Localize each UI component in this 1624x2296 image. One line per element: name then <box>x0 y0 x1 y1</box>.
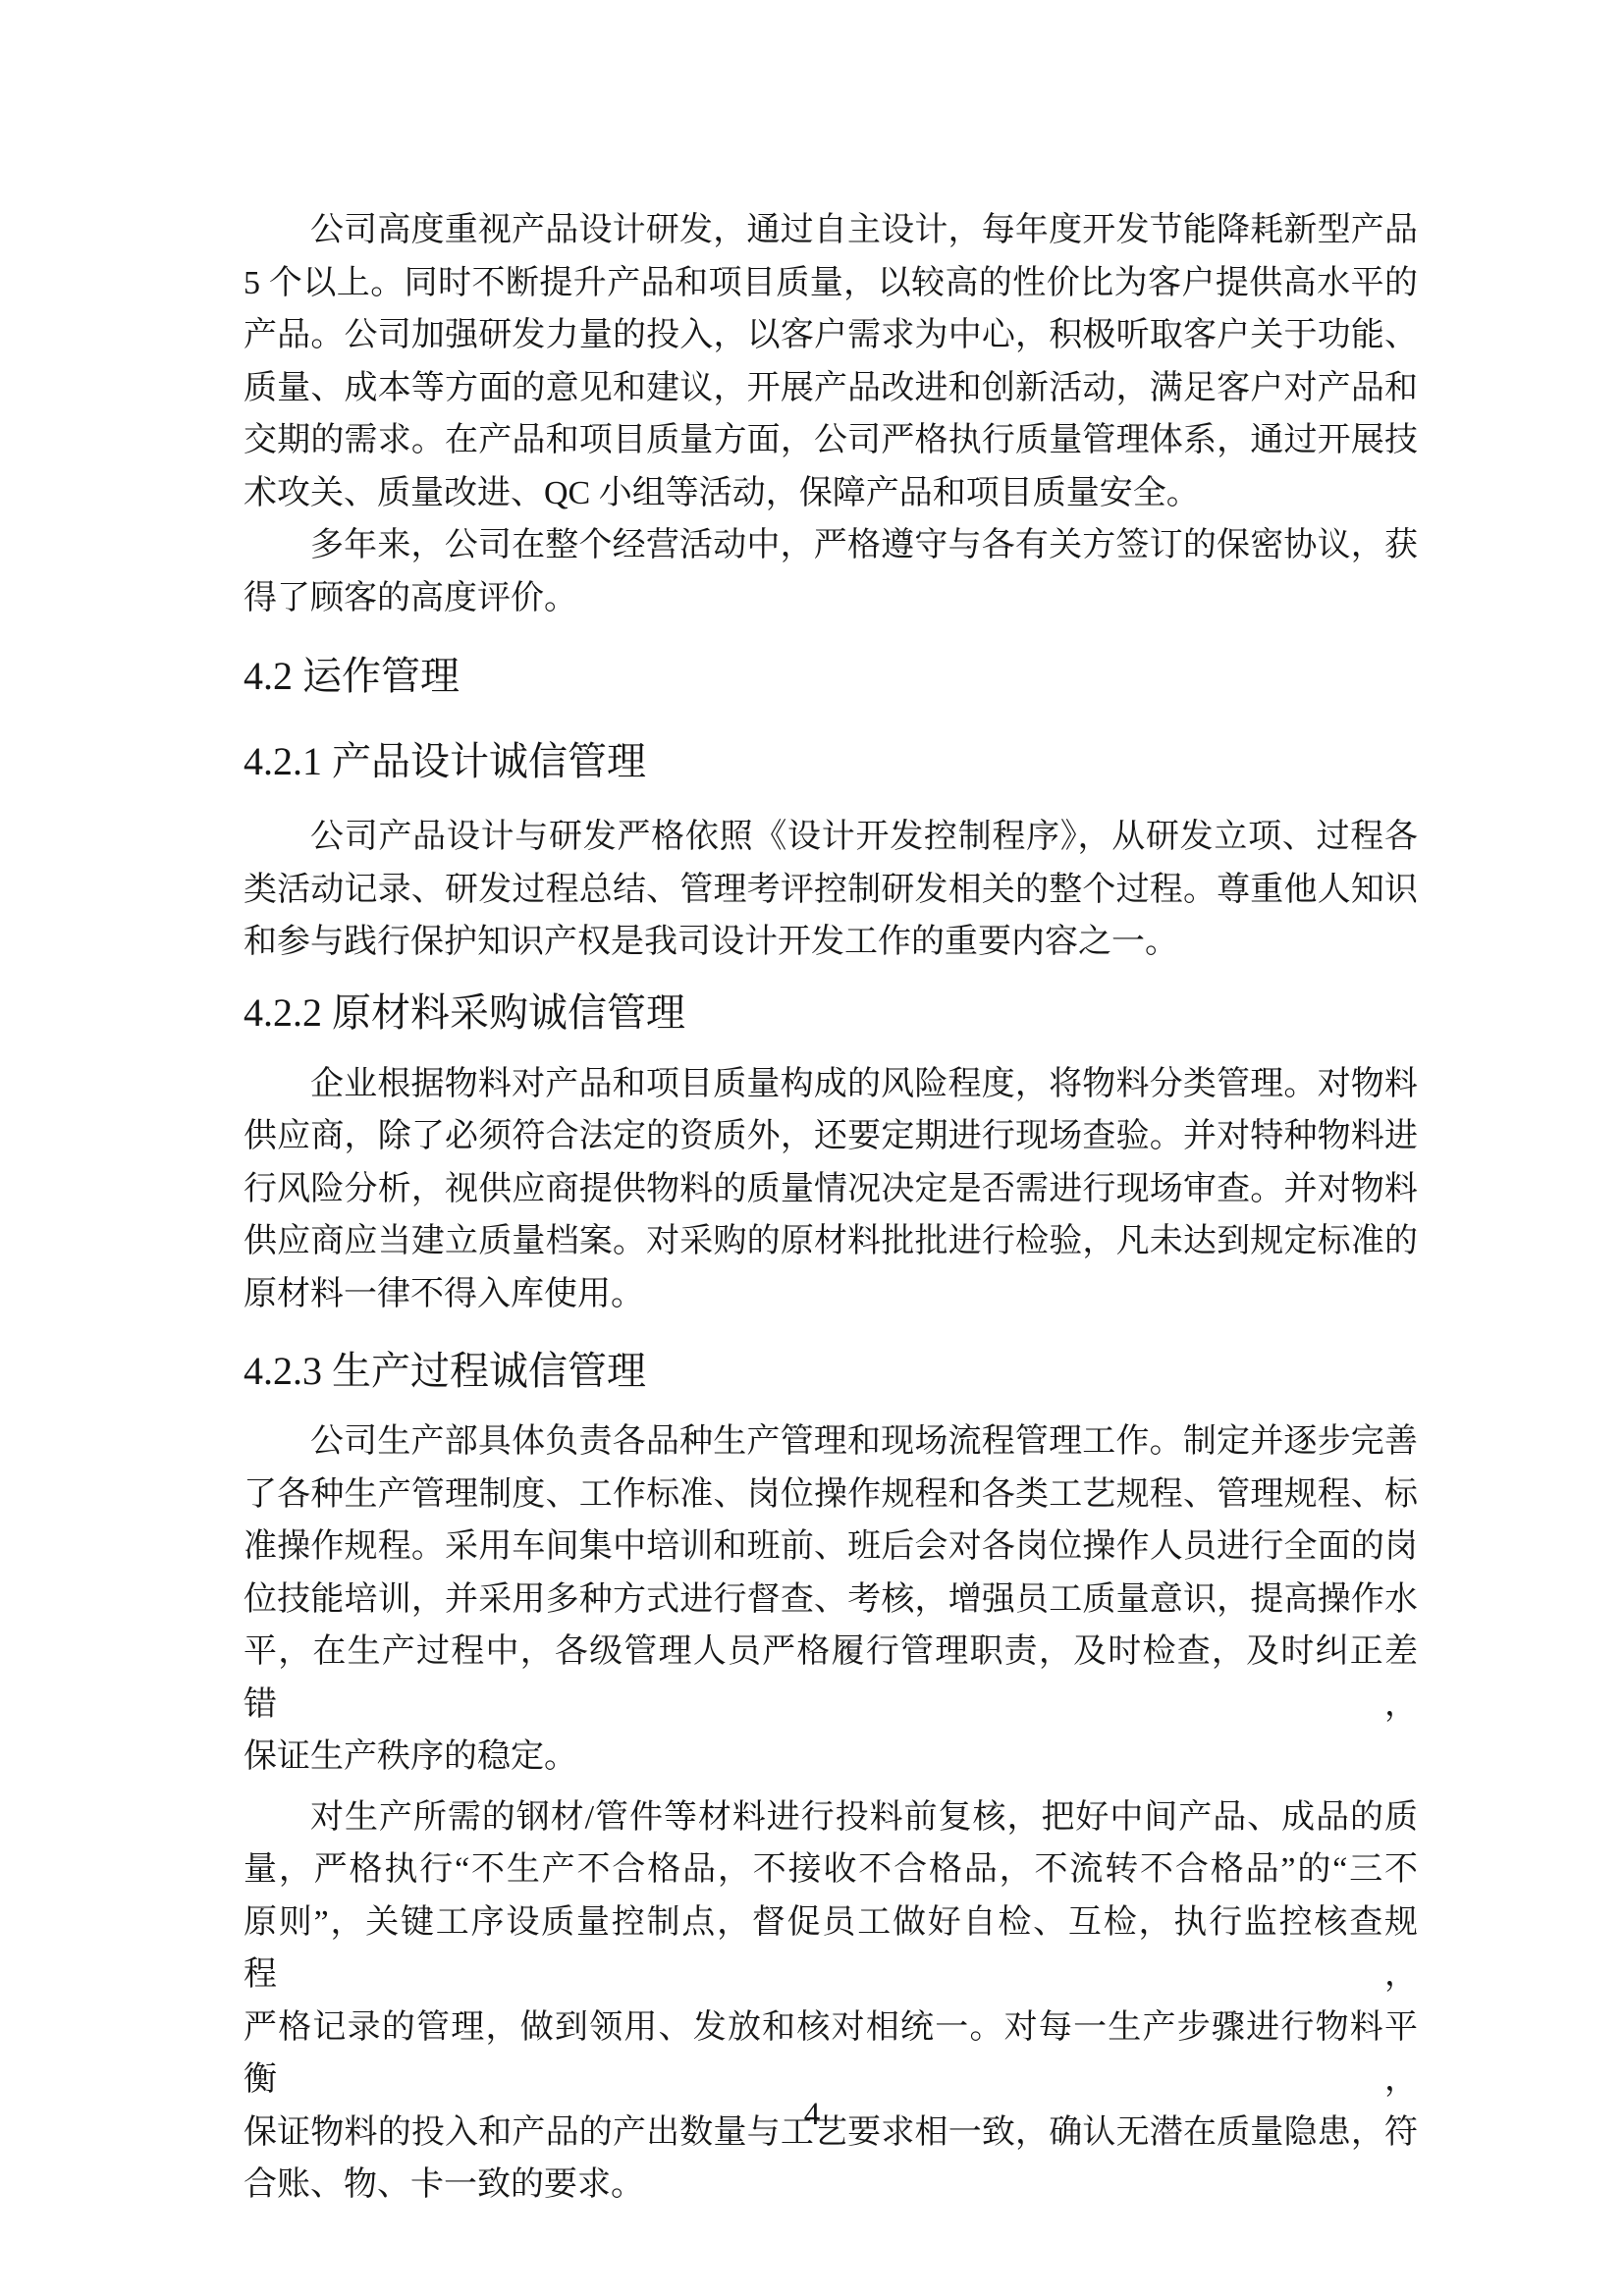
section-heading-4-2: 4.2 运作管理 <box>244 649 1418 704</box>
text-line: 得了顾客的高度评价。 <box>244 572 1418 625</box>
text-line: 交期的需求。在产品和项目质量方面，公司严格执行质量管理体系，通过开展技 <box>244 414 1418 467</box>
text-line: 供应商应当建立质量档案。对采购的原材料批批进行检验，凡未达到规定标准的 <box>244 1215 1418 1268</box>
text-line: 保证生产秩序的稳定。 <box>244 1731 1418 1784</box>
text-line: 产品。公司加强研发力量的投入，以客户需求为中心，积极听取客户关于功能、 <box>244 309 1418 362</box>
text-line: 类活动记录、研发过程总结、管理考评控制研发相关的整个过程。尊重他人知识 <box>244 864 1418 917</box>
page-number: 4 <box>0 2093 1624 2136</box>
text-line: 平，在生产过程中，各级管理人员严格履行管理职责，及时检查，及时纠正差错， <box>244 1626 1418 1731</box>
text-line: 行风险分析，视供应商提供物料的质量情况决定是否需进行现场审查。并对物料 <box>244 1163 1418 1216</box>
section-heading-4-2-3: 4.2.3 生产过程诚信管理 <box>244 1344 1418 1399</box>
text-line: 量，严格执行“不生产不合格品，不接收不合格品，不流转不合格品”的“三不 <box>244 1843 1418 1896</box>
text-line: 企业根据物料对产品和项目质量构成的风险程度，将物料分类管理。对物料 <box>244 1058 1418 1111</box>
section-heading-4-2-1: 4.2.1 产品设计诚信管理 <box>244 734 1418 789</box>
paragraph-intro-2: 多年来，公司在整个经营活动中，严格遵守与各有关方签订的保密协议，获 得了顾客的高… <box>244 519 1418 624</box>
text-line: 公司生产部具体负责各品种生产管理和现场流程管理工作。制定并逐步完善 <box>244 1415 1418 1468</box>
paragraph-4-2-3-b: 对生产所需的钢材/管件等材料进行投料前复核，把好中间产品、成品的质 量，严格执行… <box>244 1791 1418 2212</box>
text-line: 和参与践行保护知识产权是我司设计开发工作的重要内容之一。 <box>244 916 1418 969</box>
text-line: 术攻关、质量改进、QC 小组等活动，保障产品和项目质量安全。 <box>244 467 1418 520</box>
text-line: 质量、成本等方面的意见和建议，开展产品改进和创新活动，满足客户对产品和 <box>244 362 1418 415</box>
text-line: 准操作规程。采用车间集中培训和班前、班后会对各岗位操作人员进行全面的岗 <box>244 1521 1418 1574</box>
text-line: 供应商，除了必须符合法定的资质外，还要定期进行现场查验。并对特种物料进 <box>244 1110 1418 1163</box>
paragraph-4-2-2: 企业根据物料对产品和项目质量构成的风险程度，将物料分类管理。对物料 供应商，除了… <box>244 1058 1418 1321</box>
text-block: 公司高度重视产品设计研发，通过自主设计，每年度开发节能降耗新型产品 5 个以上。… <box>244 204 1418 2212</box>
text-line: 了各种生产管理制度、工作标准、岗位操作规程和各类工艺规程、管理规程、标 <box>244 1468 1418 1522</box>
section-heading-4-2-2: 4.2.2 原材料采购诚信管理 <box>244 986 1418 1041</box>
document-page: 公司高度重视产品设计研发，通过自主设计，每年度开发节能降耗新型产品 5 个以上。… <box>0 0 1624 2296</box>
paragraph-4-2-1: 公司产品设计与研发严格依照《设计开发控制程序》，从研发立项、过程各 类活动记录、… <box>244 811 1418 969</box>
text-line: 公司产品设计与研发严格依照《设计开发控制程序》，从研发立项、过程各 <box>244 811 1418 864</box>
text-line: 公司高度重视产品设计研发，通过自主设计，每年度开发节能降耗新型产品 <box>244 204 1418 257</box>
text-line: 位技能培训，并采用多种方式进行督查、考核，增强员工质量意识，提高操作水 <box>244 1574 1418 1627</box>
text-line: 对生产所需的钢材/管件等材料进行投料前复核，把好中间产品、成品的质 <box>244 1791 1418 1844</box>
text-line: 5 个以上。同时不断提升产品和项目质量，以较高的性价比为客户提供高水平的 <box>244 257 1418 310</box>
text-line: 原材料一律不得入库使用。 <box>244 1268 1418 1321</box>
paragraph-intro-1: 公司高度重视产品设计研发，通过自主设计，每年度开发节能降耗新型产品 5 个以上。… <box>244 204 1418 519</box>
text-line: 严格记录的管理，做到领用、发放和核对相统一。对每一生产步骤进行物料平衡， <box>244 2002 1418 2107</box>
text-line: 多年来，公司在整个经营活动中，严格遵守与各有关方签订的保密协议，获 <box>244 519 1418 572</box>
text-line: 原则”，关键工序设质量控制点，督促员工做好自检、互检，执行监控核查规程， <box>244 1896 1418 2002</box>
paragraph-4-2-3-a: 公司生产部具体负责各品种生产管理和现场流程管理工作。制定并逐步完善 了各种生产管… <box>244 1415 1418 1784</box>
text-line: 合账、物、卡一致的要求。 <box>244 2159 1418 2212</box>
